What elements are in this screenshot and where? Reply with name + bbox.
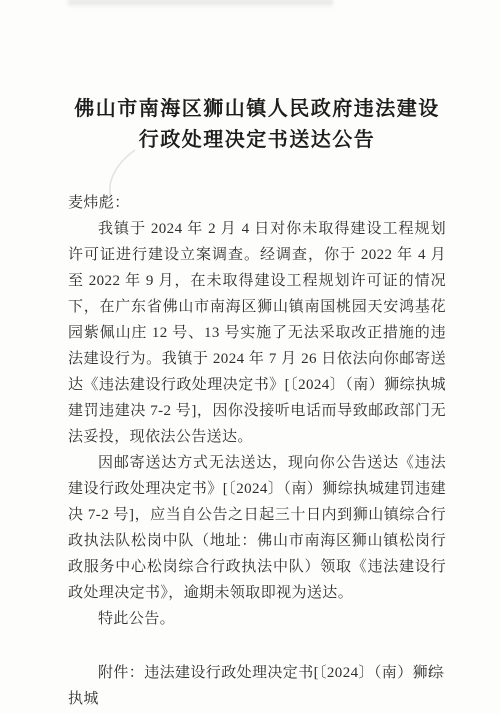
paragraph-service-notice: 因邮寄送达方式无法送达，现向你公告送达《违法建设行政处理决定书》[〔2024〕（… bbox=[68, 450, 446, 606]
closing-statement: 特此公告。 bbox=[68, 606, 446, 632]
attachment-line: 附件：违法建设行政处理决定书[〔2024〕（南）狮综执城 bbox=[68, 660, 446, 712]
document-title: 佛山市南海区狮山镇人民政府违法建设 行政处理决定书送达公告 bbox=[68, 94, 446, 156]
paragraph-investigation: 我镇于 2024 年 2 月 4 日对你未取得建设工程规划许可证进行建设立案调查… bbox=[68, 216, 446, 450]
scanned-document-page: 佛山市南海区狮山镇人民政府违法建设 行政处理决定书送达公告 麦炜彪： 我镇于 2… bbox=[0, 0, 500, 714]
salutation-recipient-name: 麦炜彪： bbox=[68, 190, 446, 216]
title-line-2: 行政处理决定书送达公告 bbox=[68, 125, 446, 156]
page-number: - 1 - bbox=[416, 665, 446, 680]
title-line-1: 佛山市南海区狮山镇人民政府违法建设 bbox=[68, 94, 446, 125]
document-body: 佛山市南海区狮山镇人民政府违法建设 行政处理决定书送达公告 麦炜彪： 我镇于 2… bbox=[68, 0, 446, 712]
